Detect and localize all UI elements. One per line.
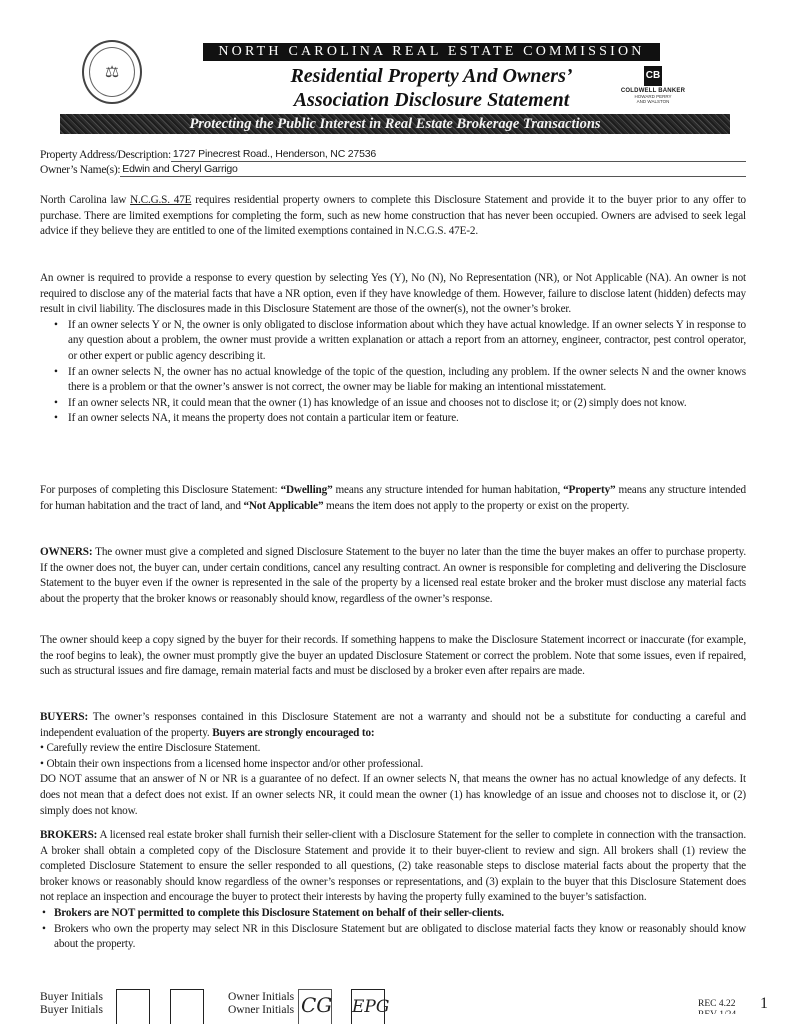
buyers-encouraged-text: Buyers are strongly encouraged to:	[212, 727, 374, 739]
list-item: •If an owner selects Y or N, the owner i…	[40, 318, 746, 365]
owners-text: The owner must give a completed and sign…	[40, 546, 746, 605]
definitions-paragraph: For purposes of completing this Disclosu…	[40, 483, 746, 514]
bullet-icon: •	[42, 922, 46, 938]
list-item: •Brokers who own the property may select…	[40, 922, 746, 953]
brokers-section: BROKERS: A licensed real estate broker s…	[40, 828, 746, 953]
bullet-icon: •	[54, 318, 58, 334]
property-address-field[interactable]: 1727 Pinecrest Road., Henderson, NC 2753…	[171, 147, 746, 162]
intro-text: North Carolina law	[40, 194, 130, 206]
page-number: 1	[760, 995, 768, 1013]
owner-initials-box-2[interactable]: EPG	[351, 989, 385, 1024]
response-options-text: An owner is required to provide a respon…	[40, 271, 746, 318]
list-item: • Obtain their own inspections from a li…	[40, 757, 746, 773]
buyer-initials-label-2: Buyer Initials	[40, 1004, 103, 1017]
intro-paragraph-2: An owner is required to provide a respon…	[40, 271, 746, 427]
term-property: “Property”	[563, 484, 615, 496]
owners-heading: OWNERS:	[40, 546, 92, 558]
statute-link[interactable]: N.C.G.S. 47E	[130, 194, 191, 206]
commission-name-banner: NORTH CAROLINA REAL ESTATE COMMISSION	[203, 43, 660, 61]
form-revision: REC 4.22 REV 1/24	[698, 999, 736, 1014]
buyers-heading: BUYERS:	[40, 711, 88, 723]
definitions-text: means the item does not apply to the pro…	[323, 500, 629, 512]
list-item-text: Carefully review the entire Disclosure S…	[46, 742, 260, 754]
form-code: REC 4.22	[698, 999, 736, 1010]
buyers-text-2: DO NOT assume that an answer of N or NR …	[40, 772, 746, 819]
owner-names-field[interactable]: Edwin and Cheryl Garrigo	[120, 162, 746, 177]
list-item: •Brokers are NOT permitted to complete t…	[40, 906, 746, 922]
form-title-line-1: Residential Property And Owners’	[203, 64, 660, 88]
bullet-icon: •	[54, 365, 58, 381]
owner-initials-signature-1: CG	[301, 990, 332, 1020]
owners-text-2: The owner should keep a copy signed by t…	[40, 633, 746, 680]
brokers-text: A licensed real estate broker shall furn…	[40, 829, 746, 903]
list-item-text: Brokers who own the property may select …	[54, 923, 746, 951]
buyer-initials-label-1: Buyer Initials	[40, 991, 103, 1004]
buyers-text: The owner’s responses contained in this …	[40, 711, 746, 739]
buyer-initials-box-2[interactable]	[170, 989, 204, 1024]
term-dwelling: “Dwelling”	[281, 484, 333, 496]
term-not-applicable: “Not Applicable”	[243, 500, 323, 512]
bullet-icon: •	[40, 742, 44, 754]
list-item: •If an owner selects N, the owner has no…	[40, 365, 746, 396]
coldwell-banker-logo: CB COLDWELL BANKER HOWARD PERRY AND WALS…	[618, 66, 688, 104]
list-item-text: If an owner selects NA, it means the pro…	[68, 412, 459, 424]
seal-emblem-icon: ⚖	[89, 47, 135, 97]
owner-initials-signature-2: EPG	[352, 992, 389, 1022]
property-address-label: Property Address/Description:	[40, 148, 171, 162]
bullet-icon: •	[40, 758, 44, 770]
form-title: Residential Property And Owners’ Associa…	[203, 64, 660, 112]
list-item: •If an owner selects NR, it could mean t…	[40, 396, 746, 412]
buyer-initials-box-1[interactable]	[116, 989, 150, 1024]
broker-sub-2: AND WALSTON	[618, 99, 688, 104]
list-item-text: If an owner selects NR, it could mean th…	[68, 397, 686, 409]
property-address-row: Property Address/Description: 1727 Pinec…	[40, 147, 746, 162]
list-item: • Carefully review the entire Disclosure…	[40, 741, 746, 757]
definitions-text: means any structure intended for human h…	[333, 484, 564, 496]
bullet-icon: •	[54, 396, 58, 412]
owners-paragraph-2: The owner should keep a copy signed by t…	[40, 633, 746, 680]
response-options-list: •If an owner selects Y or N, the owner i…	[40, 318, 746, 427]
owners-section: OWNERS: The owner must give a completed …	[40, 545, 746, 607]
owner-names-label: Owner’s Name(s):	[40, 163, 120, 177]
list-item-text: Obtain their own inspections from a lice…	[46, 758, 423, 770]
list-item-text: Brokers are NOT permitted to complete th…	[54, 907, 504, 919]
list-item-text: If an owner selects Y or N, the owner is…	[68, 319, 746, 362]
form-rev-date: REV 1/24	[698, 1010, 736, 1014]
form-title-line-2: Association Disclosure Statement	[203, 88, 660, 112]
bullet-icon: •	[42, 906, 46, 922]
nc-seal-icon: ⚖	[82, 40, 142, 104]
brokers-list: •Brokers are NOT permitted to complete t…	[40, 906, 746, 953]
bullet-icon: •	[54, 411, 58, 427]
tagline-banner: Protecting the Public Interest in Real E…	[60, 114, 730, 134]
initials-footer: Buyer Initials Buyer Initials Owner Init…	[40, 989, 791, 1024]
owner-initials-label-2: Owner Initials	[228, 1004, 294, 1017]
list-item: •If an owner selects NA, it means the pr…	[40, 411, 746, 427]
buyers-section: BUYERS: The owner’s responses contained …	[40, 710, 746, 819]
brokers-heading: BROKERS:	[40, 829, 97, 841]
owner-names-row: Owner’s Name(s): Edwin and Cheryl Garrig…	[40, 162, 746, 177]
owner-initials-label-1: Owner Initials	[228, 991, 294, 1004]
list-item-text: If an owner selects N, the owner has no …	[68, 366, 746, 394]
cb-mark-icon: CB	[644, 66, 662, 86]
definitions-text: For purposes of completing this Disclosu…	[40, 484, 281, 496]
intro-paragraph-1: North Carolina law N.C.G.S. 47E requires…	[40, 193, 746, 240]
owner-initials-box-1[interactable]: CG	[298, 989, 332, 1024]
